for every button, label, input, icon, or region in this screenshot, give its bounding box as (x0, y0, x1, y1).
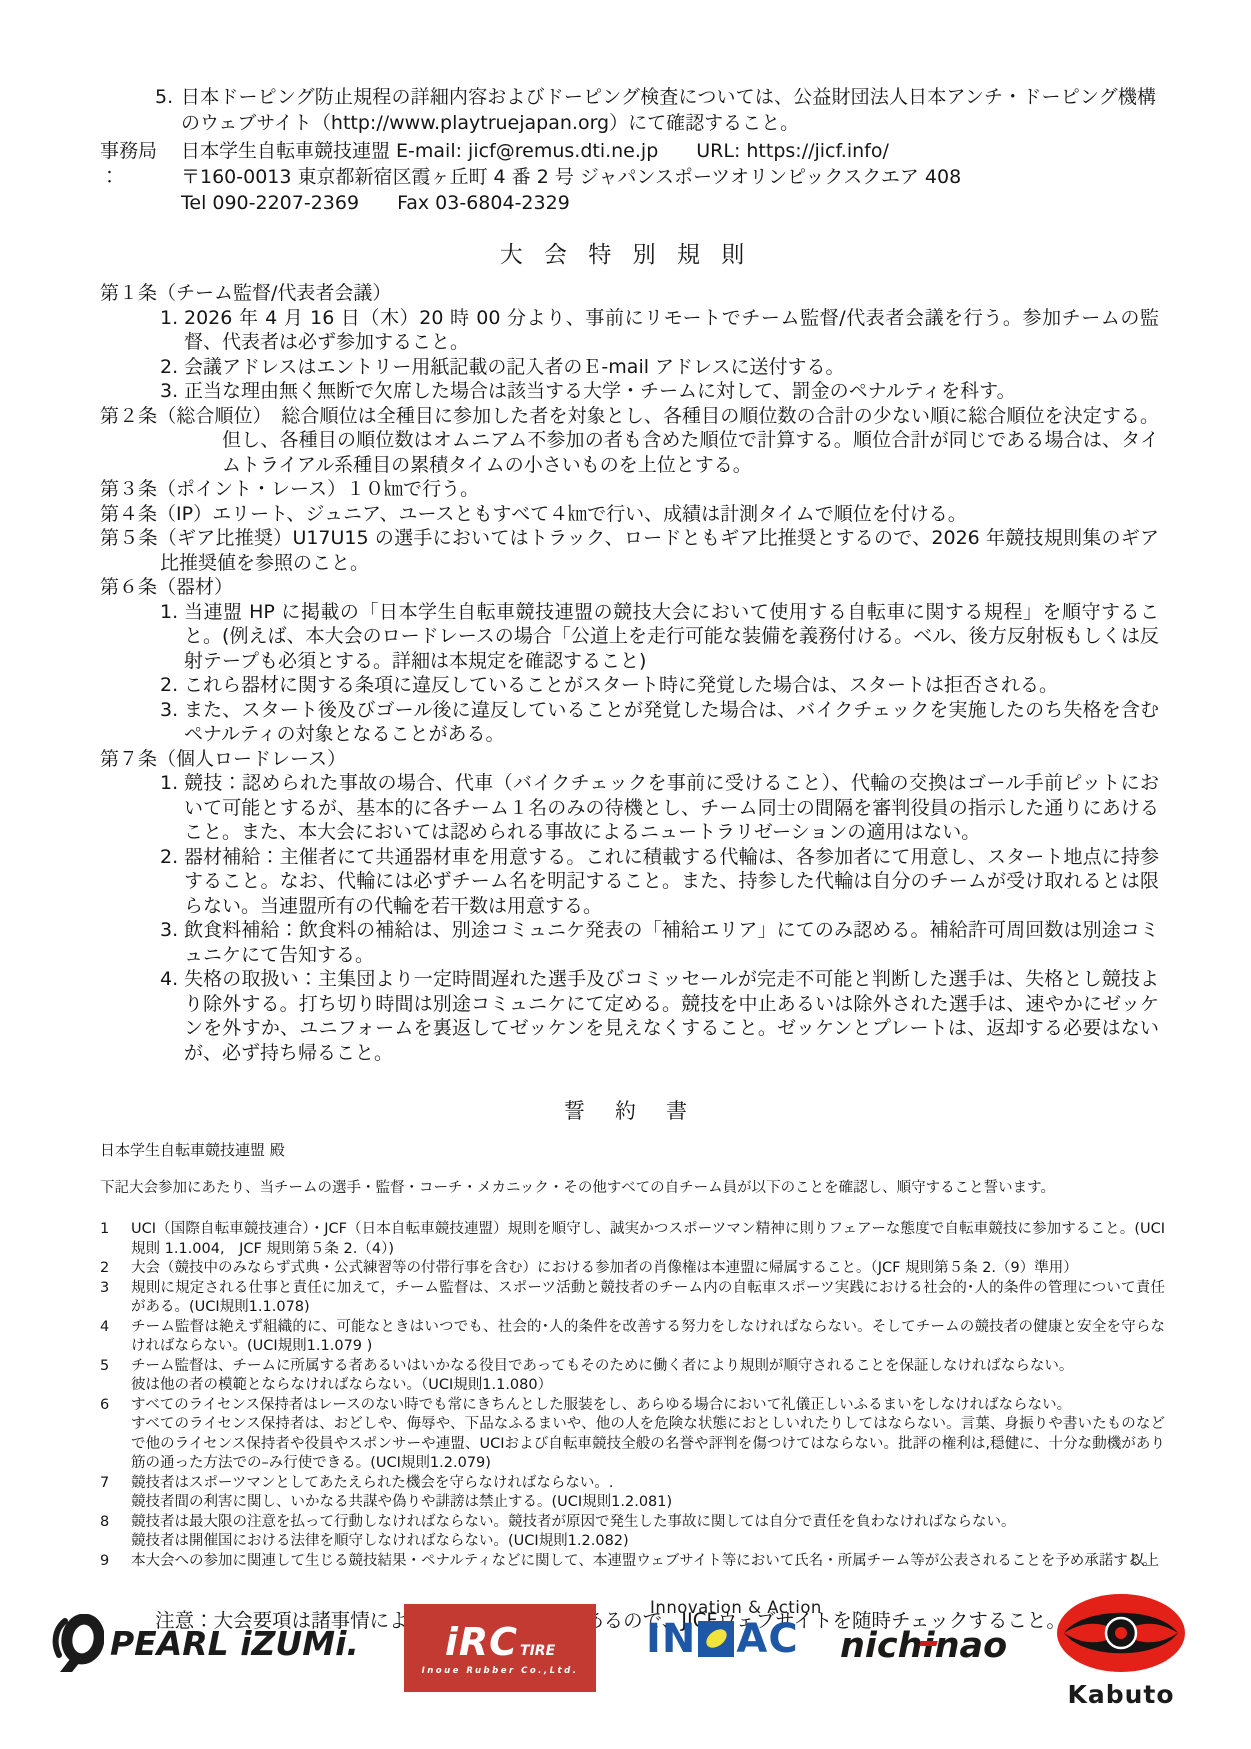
item-text: これら器材に関する条項に違反していることがスタート時に発覚した場合は、スタートは… (184, 673, 1159, 698)
pledge-item-lines: 競技者は最大限の注意を払って行動しなければならない。競技者が原因で発生した事故に… (131, 1513, 1165, 1552)
inoac-letters-right: AC (736, 1620, 798, 1658)
article-item: 4. 失格の取扱い：主集団より一定時間遅れた選手及びコミッセールが完走不可能と判… (160, 967, 1159, 1065)
office-line: 〒160-0013 東京都新宿区霞ヶ丘町 4 番 2 号 ジャパンスポーツオリン… (181, 164, 1156, 190)
pledge-intro: 下記大会参加にあたり、当チームの選手・監督・コーチ・メカニック・その他すべての自… (100, 1179, 1163, 1199)
article-heading: 第７条（個人ロードレース） (100, 747, 1159, 772)
article-subject: （ポイント・レース） (157, 478, 346, 500)
article-body-text: 総合順位は全種目に参加した者を対象とし、各種目の順位数の合計の少ない順に総合順位… (222, 405, 1159, 476)
item-number: 4. (160, 967, 184, 1065)
pledge-addressee: 日本学生自転車競技連盟 殿 (100, 1141, 1163, 1161)
pledge-item: 4 チーム監督は絶えず組織的に、可能なときはいつでも、社会的･人的条件を改善する… (100, 1318, 1165, 1357)
pledge-item-number: 1 (100, 1220, 131, 1259)
office-contact-block: 事務局 ： 日本学生自転車競技連盟 E-mail: jicf@remus.dti… (100, 138, 1156, 216)
nichinao-logo: nichinao (840, 1626, 1007, 1666)
item-text: 正当な理由無く無断で欠席した場合は該当する大学・チームに対して、罰金のペナルティ… (184, 379, 1159, 404)
article-label: 第５条 (100, 527, 158, 549)
article-subject: （IP） (157, 503, 212, 525)
pearl-izumi-logo: PEARL iZUMi. (52, 1614, 359, 1672)
pledge-item-line: すべてのライセンス保持者は、おどしや、侮辱や、下品なふるまいや、他の人を危険な状… (131, 1415, 1165, 1474)
doping-note: 5. 日本ドーピング防止規程の詳細内容およびドーピング検査については、公益財団法… (155, 84, 1156, 136)
pledge-item: 3 規則に規定される仕事と責任に加えて，チーム監督は、スポーツ活動と競技者のチー… (100, 1279, 1165, 1318)
rule-article: 第４条（IP）エリート、ジュニア、ユースともすべて４㎞で行い、成績は計測タイムで… (0, 502, 1251, 527)
article-label: 第７条 (100, 748, 157, 770)
article-item: 1. 2026 年 4 月 16 日（木）20 時 00 分より、事前にリモート… (160, 306, 1159, 355)
pledge-item-line: 本大会への参加に関連して生じる競技結果・ペナルティなどに関して、本連盟ウェブサイ… (131, 1552, 1165, 1572)
item-number: 3. (160, 379, 184, 404)
article-item: 1. 競技：認められた事故の場合、代車（バイクチェックを事前に受けること）、代輪… (160, 771, 1159, 845)
article-subject: （個人ロードレース） (157, 748, 346, 770)
pledge-items: 1 UCI（国際自転車競技連合）・JCF（日本自転車競技連盟）規則を順守し、誠実… (0, 1220, 1251, 1571)
pledge-item-number: 9 (100, 1552, 131, 1572)
pledge-item: 1 UCI（国際自転車競技連合）・JCF（日本自転車競技連盟）規則を順守し、誠実… (100, 1220, 1165, 1259)
item-text: 飲食料補給：飲食料の補給は、別途コミュニケ発表の「補給エリア」にてのみ認める。補… (184, 918, 1159, 967)
pledge-item-lines: 規則に規定される仕事と責任に加えて，チーム監督は、スポーツ活動と競技者のチーム内… (131, 1279, 1165, 1318)
inoac-tagline: Innovation & Action (650, 1598, 826, 1617)
doping-note-number: 5. (155, 84, 181, 136)
pledge-item-number: 5 (100, 1357, 131, 1396)
item-text: 会議アドレスはエントリー用紙記載の記入者のＥ-mail アドレスに送付する。 (184, 355, 1159, 380)
pledge-item-lines: UCI（国際自転車競技連合）・JCF（日本自転車競技連盟）規則を順守し、誠実かつ… (131, 1220, 1165, 1259)
pledge-item-lines: すべてのライセンス保持者はレースのない時でも常にきちんとした服装をし、あらゆる場… (131, 1396, 1165, 1474)
nichinao-wordmark: nichinao (840, 1626, 1007, 1666)
item-number: 2. (160, 673, 184, 698)
pledge-item: 9 本大会への参加に関連して生じる競技結果・ペナルティなどに関して、本連盟ウェブ… (100, 1552, 1165, 1572)
pledge-item-number: 4 (100, 1318, 131, 1357)
rule-article: 第５条（ギア比推奨）U17U15 の選手においてはトラック、ロードともギア比推奨… (0, 526, 1251, 575)
item-text: 当連盟 HP に掲載の「日本学生自転車競技連盟の競技大会において使用する自転車に… (184, 600, 1159, 674)
item-number: 2. (160, 845, 184, 919)
pledge-item: 8 競技者は最大限の注意を払って行動しなければならない。競技者が原因で発生した事… (100, 1513, 1165, 1552)
article-item: 2. これら器材に関する条項に違反していることがスタート時に発覚した場合は、スタ… (160, 673, 1159, 698)
pledge-item-line: UCI（国際自転車競技連合）・JCF（日本自転車競技連盟）規則を順守し、誠実かつ… (131, 1220, 1165, 1259)
article-body-text: エリート、ジュニア、ユースともすべて４㎞で行い、成績は計測タイムで順位を付ける。 (212, 503, 967, 525)
item-text: 2026 年 4 月 16 日（木）20 時 00 分より、事前にリモートでチー… (184, 306, 1159, 355)
pledge-item-line: チーム監督は絶えず組織的に、可能なときはいつでも、社会的･人的条件を改善する努力… (131, 1318, 1165, 1357)
article-heading: 第３条（ポイント・レース）１０㎞で行う。 (100, 477, 1159, 502)
item-number: 3. (160, 698, 184, 747)
article-label: 第１条 (100, 282, 157, 304)
item-text: 競技：認められた事故の場合、代車（バイクチェックを事前に受けること）、代輪の交換… (184, 771, 1159, 845)
article-label: 第６条 (100, 576, 157, 598)
article-subject: （チーム監督/代表者会議） (157, 282, 391, 304)
special-rules-title: 大 会 特 別 規 則 (0, 236, 1251, 269)
article-items: 1. 当連盟 HP に掲載の「日本学生自転車競技連盟の競技大会において使用する自… (0, 600, 1251, 747)
irc-wordmark: iRC TIRE (445, 1620, 555, 1664)
article-item: 3. 飲食料補給：飲食料の補給は、別途コミュニケ発表の「補給エリア」にてのみ認め… (160, 918, 1159, 967)
article-item: 2. 器材補給：主催者にて共通器材車を用意する。これに積載する代輪は、各参加者に… (160, 845, 1159, 919)
nichinao-red-dash-icon (919, 1641, 938, 1646)
item-number: 1. (160, 306, 184, 355)
office-lines: 日本学生自転車競技連盟 E-mail: jicf@remus.dti.ne.jp… (181, 138, 1156, 216)
pledge-item-line: 大会（競技中のみならず式典・公式練習等の付帯行事を含む）における参加者の肖像権は… (131, 1259, 1165, 1279)
pledge-item-number: 2 (100, 1259, 131, 1279)
inoac-logo: Innovation & Action IN AC (646, 1598, 826, 1658)
article-items: 1. 競技：認められた事故の場合、代車（バイクチェックを事前に受けること）、代輪… (0, 771, 1251, 1065)
pledge-item-lines: チーム監督は絶えず組織的に、可能なときはいつでも、社会的･人的条件を改善する努力… (131, 1318, 1165, 1357)
article-heading: 第１条（チーム監督/代表者会議） (100, 281, 1159, 306)
article-subject: （ギア比推奨） (158, 527, 293, 549)
article-heading: 第２条（総合順位） 総合順位は全種目に参加した者を対象とし、各種目の順位数の合計… (100, 404, 1159, 478)
rule-article: 第１条（チーム監督/代表者会議） 1. 2026 年 4 月 16 日（木）20… (0, 281, 1251, 404)
special-rules-articles: 第１条（チーム監督/代表者会議） 1. 2026 年 4 月 16 日（木）20… (0, 281, 1251, 1065)
item-number: 1. (160, 771, 184, 845)
pledge-item: 2 大会（競技中のみならず式典・公式練習等の付帯行事を含む）における参加者の肖像… (100, 1259, 1165, 1279)
article-body-text: U17U15 の選手においてはトラック、ロードともギア比推奨とするので、2026… (160, 527, 1159, 574)
pledge-item-lines: チーム監督は、チームに所属する者あるいはいかなる役目であってもそのために働く者に… (131, 1357, 1165, 1396)
rule-article: 第７条（個人ロードレース） 1. 競技：認められた事故の場合、代車（バイクチェッ… (0, 747, 1251, 1066)
item-number: 3. (160, 918, 184, 967)
article-subject: （器材） (157, 576, 233, 598)
item-number: 2. (160, 355, 184, 380)
article-item: 3. 正当な理由無く無断で欠席した場合は該当する大学・チームに対して、罰金のペナ… (160, 379, 1159, 404)
sponsor-logos-row: PEARL iZUMi. iRC TIRE Inoue Rubber Co.,L… (0, 1592, 1251, 1742)
item-text: 失格の取扱い：主集団より一定時間遅れた選手及びコミッセールが完走不可能と判断した… (184, 967, 1159, 1065)
pledge-item-line: 競技者間の利害に関し、いかなる共謀や偽りや誹謗は禁止する。(UCI規則1.2.0… (131, 1493, 1165, 1513)
pledge-item-number: 6 (100, 1396, 131, 1474)
pledge-item: 7 競技者はスポーツマンとしてあたえられた機会を守らなければならない。.競技者間… (100, 1474, 1165, 1513)
pledge-item-line: 競技者は開催国における法律を順守しなければならない。(UCI規則1.2.082) (131, 1532, 1165, 1552)
article-label: 第２条 (100, 405, 157, 427)
pledge-item-line: 規則に規定される仕事と責任に加えて，チーム監督は、スポーツ活動と競技者のチーム内… (131, 1279, 1165, 1318)
article-heading: 第６条（器材） (100, 575, 1159, 600)
pledge-title: 誓約書 (0, 1095, 1251, 1125)
article-item: 2. 会議アドレスはエントリー用紙記載の記入者のＥ-mail アドレスに送付する… (160, 355, 1159, 380)
item-text: また、スタート後及びゴール後に違反していることが発覚した場合は、バイクチェックを… (184, 698, 1159, 747)
pledge-item-lines: 競技者はスポーツマンとしてあたえられた機会を守らなければならない。.競技者間の利… (131, 1474, 1165, 1513)
pledge-item-line: 彼は他の者の模範とならなければならない。（UCI規則1.1.080） (131, 1376, 1165, 1396)
pledge-item-lines: 本大会への参加に関連して生じる競技結果・ペナルティなどに関して、本連盟ウェブサイ… (131, 1552, 1165, 1572)
kabuto-crest-icon (1054, 1592, 1188, 1674)
document-page: 5. 日本ドーピング防止規程の詳細内容およびドーピング検査については、公益財団法… (0, 0, 1251, 1749)
irc-tire-text: TIRE (520, 1643, 555, 1659)
article-label: 第３条 (100, 478, 157, 500)
irc-text: iRC (445, 1620, 518, 1664)
article-label: 第４条 (100, 503, 157, 525)
pledge-item-lines: 大会（競技中のみならず式典・公式練習等の付帯行事を含む）における参加者の肖像権は… (131, 1259, 1165, 1279)
kabuto-logo: Kabuto (1046, 1592, 1196, 1709)
pledge-item-line: すべてのライセンス保持者はレースのない時でも常にきちんとした服装をし、あらゆる場… (131, 1396, 1165, 1416)
article-item: 3. また、スタート後及びゴール後に違反していることが発覚した場合は、バイクチェ… (160, 698, 1159, 747)
pledge-item-line: 競技者は最大限の注意を払って行動しなければならない。競技者が原因で発生した事故に… (131, 1513, 1165, 1533)
pearl-izumi-wordmark: PEARL iZUMi. (110, 1624, 359, 1663)
office-label: 事務局 ： (100, 138, 181, 216)
article-subject: （総合順位） (157, 405, 262, 427)
article-heading: 第５条（ギア比推奨）U17U15 の選手においてはトラック、ロードともギア比推奨… (100, 526, 1159, 575)
item-text: 器材補給：主催者にて共通器材車を用意する。これに積載する代輪は、各参加者にて用意… (184, 845, 1159, 919)
rule-article: 第２条（総合順位） 総合順位は全種目に参加した者を対象とし、各種目の順位数の合計… (0, 404, 1251, 478)
inoac-o-oval (703, 1626, 730, 1652)
pledge-item-number: 8 (100, 1513, 131, 1552)
inoac-o-icon (698, 1621, 734, 1657)
article-items: 1. 2026 年 4 月 16 日（木）20 時 00 分より、事前にリモート… (0, 306, 1251, 404)
kabuto-wordmark: Kabuto (1046, 1680, 1196, 1709)
office-line: Tel 090-2207-2369 Fax 03-6804-2329 (181, 190, 1156, 216)
article-body-text: １０㎞で行う。 (346, 478, 479, 500)
irc-tire-logo: iRC TIRE Inoue Rubber Co.,Ltd. (404, 1604, 596, 1692)
pledge-item-number: 7 (100, 1474, 131, 1513)
pledge-item-line: チーム監督は、チームに所属する者あるいはいかなる役目であってもそのために働く者に… (131, 1357, 1165, 1377)
pledge-item: 6 すべてのライセンス保持者はレースのない時でも常にきちんとした服装をし、あらゆ… (100, 1396, 1165, 1474)
pledge-item-line: 競技者はスポーツマンとしてあたえられた機会を守らなければならない。. (131, 1474, 1165, 1494)
pearl-izumi-mark-icon (52, 1614, 104, 1672)
item-number: 1. (160, 600, 184, 674)
pledge-item-number: 3 (100, 1279, 131, 1318)
inoac-letters-left: IN (646, 1620, 696, 1658)
article-item: 1. 当連盟 HP に掲載の「日本学生自転車競技連盟の競技大会において使用する自… (160, 600, 1159, 674)
doping-note-text: 日本ドーピング防止規程の詳細内容およびドーピング検査については、公益財団法人日本… (181, 84, 1156, 136)
rule-article: 第６条（器材） 1. 当連盟 HP に掲載の「日本学生自転車競技連盟の競技大会に… (0, 575, 1251, 747)
irc-subtitle: Inoue Rubber Co.,Ltd. (422, 1666, 579, 1676)
pledge-item: 5 チーム監督は、チームに所属する者あるいはいかなる役目であってもそのために働く… (100, 1357, 1165, 1396)
office-line: 日本学生自転車競技連盟 E-mail: jicf@remus.dti.ne.jp… (181, 138, 1156, 164)
inoac-wordmark: IN AC (646, 1620, 826, 1658)
article-heading: 第４条（IP）エリート、ジュニア、ユースともすべて４㎞で行い、成績は計測タイムで… (100, 502, 1159, 527)
rule-article: 第３条（ポイント・レース）１０㎞で行う。 (0, 477, 1251, 502)
